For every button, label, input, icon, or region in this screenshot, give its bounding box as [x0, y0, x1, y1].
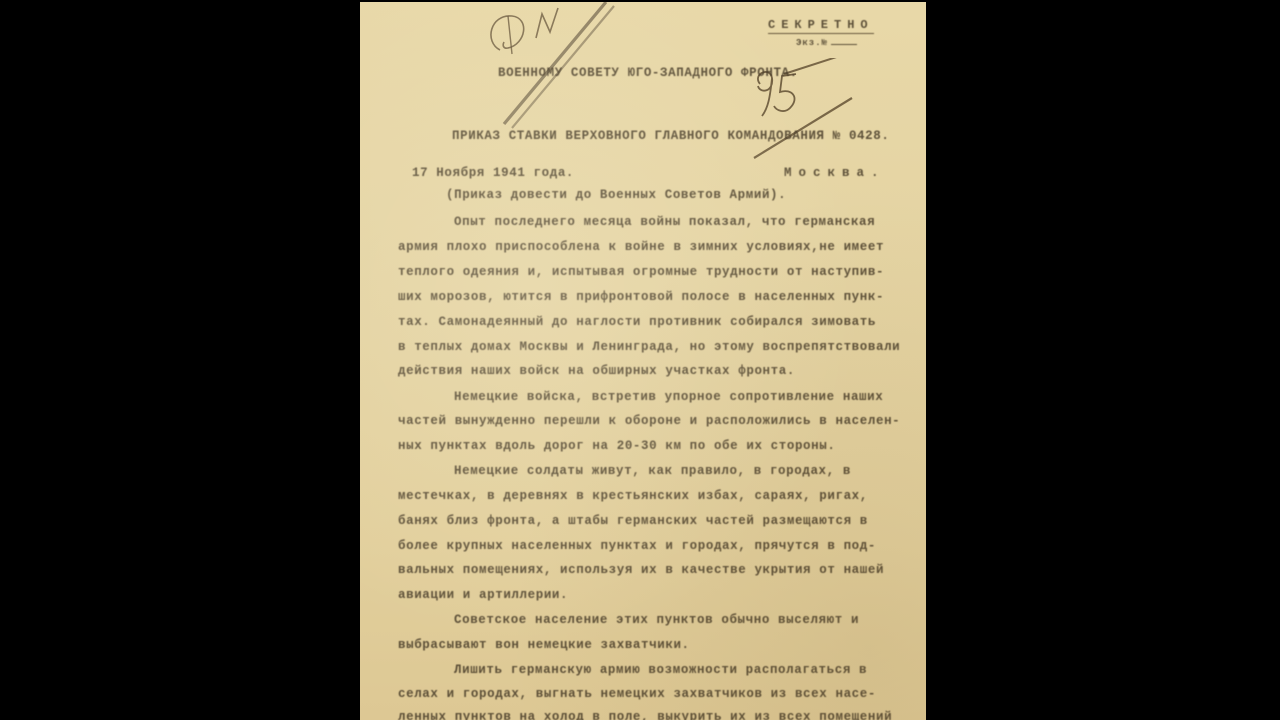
body-line: Лишить германскую армию возможности расп… [454, 663, 867, 677]
body-line: ших морозов, ютится в прифронтовой полос… [398, 290, 884, 304]
body-line: Немецкие солдаты живут, как правило, в г… [454, 464, 851, 478]
body-line: частей вынужденно перешли к обороне и ра… [398, 414, 900, 428]
body-line: ных пунктах вдоль дорог на 20-30 км по о… [398, 439, 835, 453]
copy-number-blank [831, 44, 857, 45]
body-line: Советское население этих пунктов обычно … [454, 613, 859, 627]
body-line: более крупных населенных пунктах и город… [398, 539, 876, 553]
body-line: Немецкие войска, встретив упорное сопрот… [454, 390, 883, 404]
document-page: СЕКРЕТНО Экз.№ ВОЕННОМУ СОВЕТУ ЮГО-ЗАПАД… [360, 2, 926, 720]
body-line: Опыт последнего месяца войны показал, чт… [454, 215, 875, 229]
body-line: действия наших войск на обширных участка… [398, 364, 795, 378]
handwritten-initials-icon [478, 2, 598, 72]
body-line: армия плохо приспособлена к войне в зимн… [398, 240, 884, 254]
order-title: ПРИКАЗ СТАВКИ ВЕРХОВНОГО ГЛАВНОГО КОМАНД… [452, 129, 889, 143]
order-date: 17 Ноября 1941 года. [412, 166, 574, 180]
body-line: ленных пунктов на холод в поле, выкурить… [398, 710, 892, 720]
body-line: теплого одеяния и, испытывая огромные тр… [398, 265, 884, 279]
body-line: авиации и артиллерии. [398, 588, 568, 602]
body-line: в теплых домах Москвы и Ленинграда, но э… [398, 340, 900, 354]
copy-number: Экз.№ [796, 38, 857, 48]
order-city: Москва. [784, 166, 886, 180]
body-line: местечках, в деревнях в крестьянских изб… [398, 489, 868, 503]
body-line: выбрасывают вон немецкие захватчики. [398, 638, 690, 652]
distribution-note: (Приказ довести до Военных Советов Армий… [446, 188, 786, 202]
body-line: вальных помещениях, используя их в качес… [398, 563, 884, 577]
body-line: банях близ фронта, а штабы германских ча… [398, 514, 868, 528]
copy-number-label: Экз.№ [796, 38, 828, 48]
addressee: ВОЕННОМУ СОВЕТУ ЮГО-ЗАПАДНОГО ФРОНТА. [498, 66, 798, 80]
body-line: селах и городах, выгнать немецких захват… [398, 687, 876, 701]
body-line: тах. Самонадеянный до наглости противник… [398, 315, 876, 329]
classification-stamp: СЕКРЕТНО [768, 18, 874, 34]
video-frame: СЕКРЕТНО Экз.№ ВОЕННОМУ СОВЕТУ ЮГО-ЗАПАД… [0, 0, 1280, 720]
